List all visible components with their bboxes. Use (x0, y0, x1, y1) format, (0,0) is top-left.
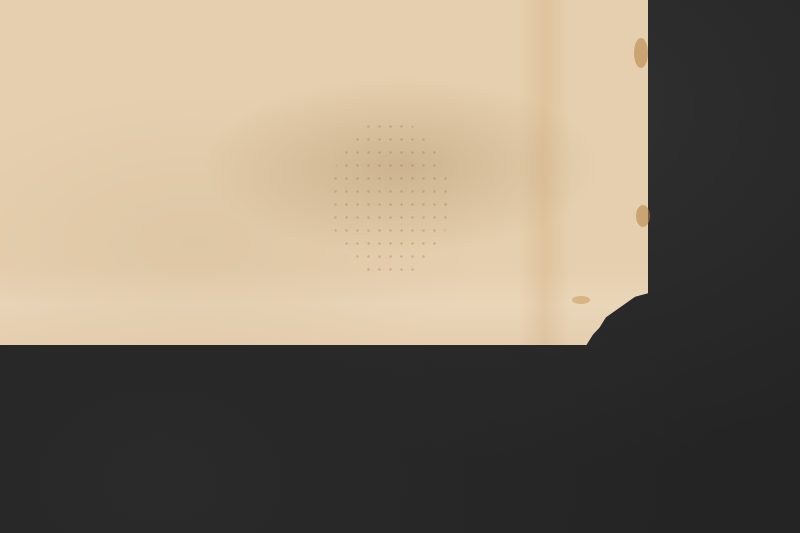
edge-stain (572, 296, 590, 304)
edge-stain (636, 205, 650, 227)
foxing-speckles (330, 120, 450, 280)
edge-stain (634, 38, 648, 68)
aged-paper-sheet (0, 0, 648, 345)
